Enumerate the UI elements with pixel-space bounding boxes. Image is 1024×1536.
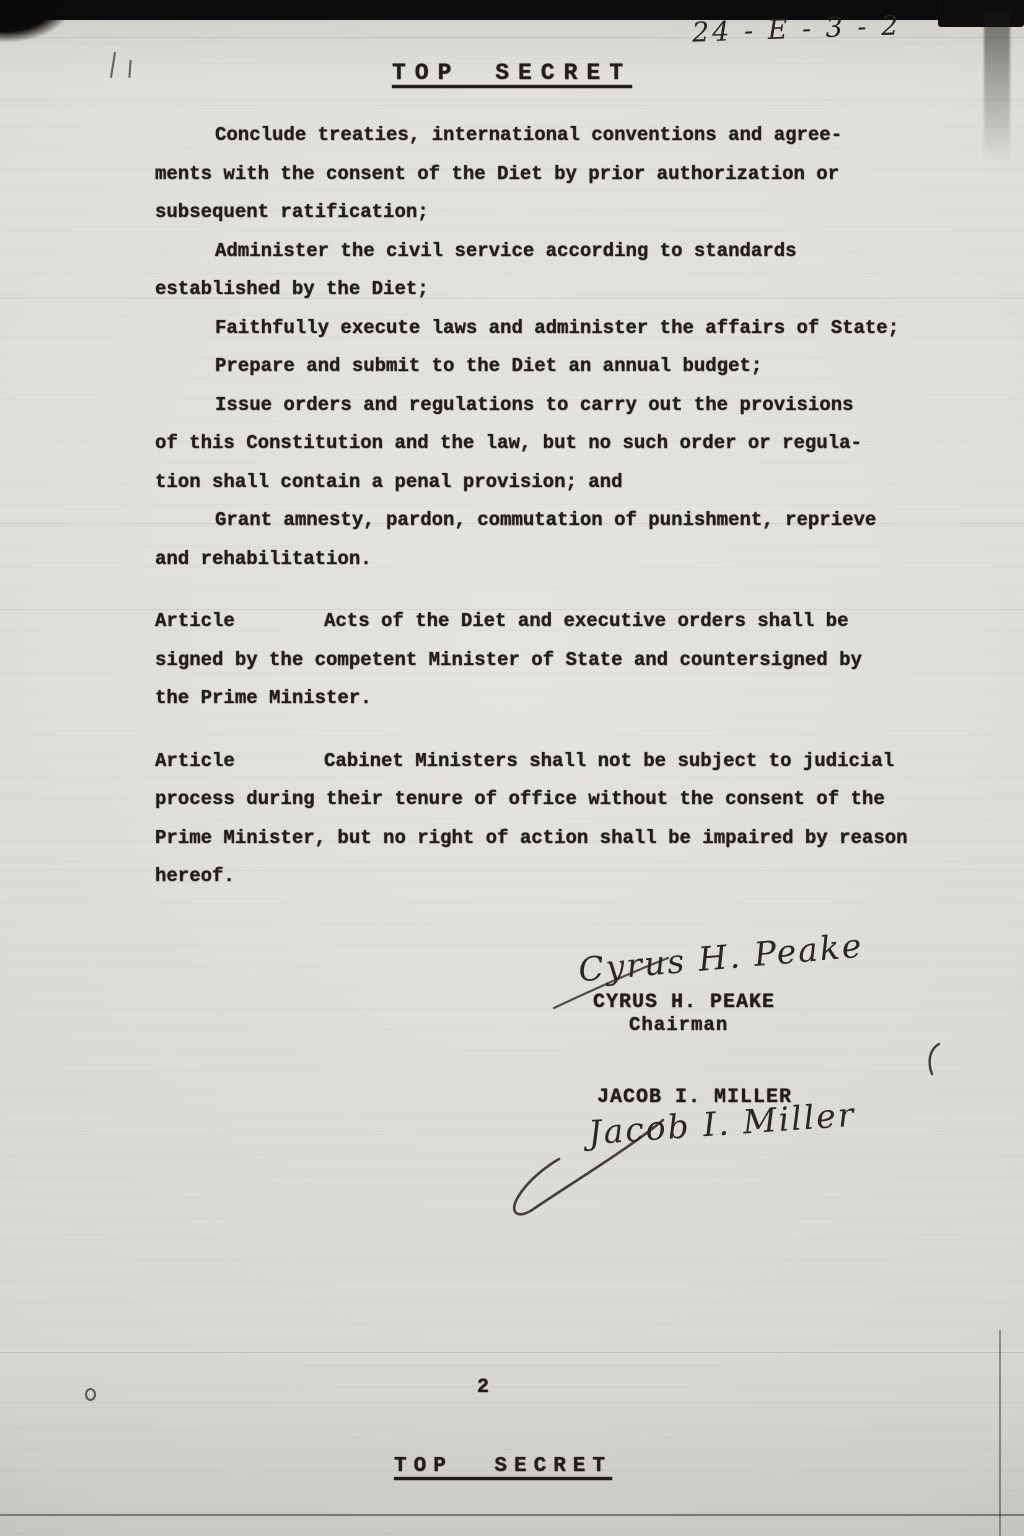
text-line: ments with the consent of the Diet by pr… bbox=[155, 155, 985, 194]
text-line: hereof. bbox=[155, 857, 985, 896]
scan-streak bbox=[0, 1402, 1024, 1403]
title-chairman: Chairman bbox=[629, 1014, 728, 1036]
scan-bottom-edge bbox=[0, 1514, 1024, 1516]
scan-right-shadow bbox=[984, 12, 1010, 162]
text-line: Conclude treaties, international convent… bbox=[155, 116, 985, 155]
text-line: Prepare and submit to the Diet an annual… bbox=[155, 347, 985, 386]
article-paragraph: ArticleActs of the Diet and executive or… bbox=[155, 602, 985, 718]
article-paragraph: ArticleCabinet Ministers shall not be su… bbox=[155, 742, 985, 896]
article-text: Cabinet Ministers shall not be subject t… bbox=[324, 750, 894, 772]
page-number: 2 bbox=[0, 1376, 966, 1399]
handwritten-reference: 24 - E - 3 - 2 bbox=[692, 10, 902, 48]
scanned-document-page: 24 - E - 3 - 2 TOP SECRET Conclude treat… bbox=[0, 0, 1024, 1536]
article-label: Article bbox=[155, 742, 324, 781]
text-line: the Prime Minister. bbox=[155, 679, 985, 718]
signature-cyrus-peake: Cyrus H. Peake bbox=[577, 926, 865, 990]
paragraph: Faithfully execute laws and administer t… bbox=[155, 309, 985, 348]
text-line: Issue orders and regulations to carry ou… bbox=[155, 386, 985, 425]
text-line: Grant amnesty, pardon, commutation of pu… bbox=[155, 501, 985, 540]
classification-banner-top: TOP SECRET bbox=[0, 60, 1024, 86]
text-line: and rehabilitation. bbox=[155, 540, 985, 579]
text-line: ArticleCabinet Ministers shall not be su… bbox=[155, 742, 985, 781]
scan-streak bbox=[0, 1352, 1024, 1353]
text-line: Administer the civil service according t… bbox=[155, 232, 985, 271]
article-text: Acts of the Diet and executive orders sh… bbox=[324, 610, 849, 632]
text-line: established by the Diet; bbox=[155, 270, 985, 309]
scan-top-edge-right bbox=[938, 0, 1024, 27]
paragraph: Grant amnesty, pardon, commutation of pu… bbox=[155, 501, 985, 578]
text-line: process during their tenure of office wi… bbox=[155, 780, 985, 819]
paragraph: Issue orders and regulations to carry ou… bbox=[155, 386, 985, 502]
text-line: of this Constitution and the law, but no… bbox=[155, 424, 985, 463]
scan-streak bbox=[0, 99, 1024, 100]
paragraph: Administer the civil service according t… bbox=[155, 232, 985, 309]
stray-pen-mark bbox=[920, 1040, 946, 1078]
scan-right-edge bbox=[999, 1330, 1001, 1536]
text-line: subsequent ratification; bbox=[155, 193, 985, 232]
text-line: tion shall contain a penal provision; an… bbox=[155, 463, 985, 502]
typed-name-cyrus-peake: CYRUS H. PEAKE bbox=[593, 991, 775, 1014]
text-line: signed by the competent Minister of Stat… bbox=[155, 641, 985, 680]
text-line: ArticleActs of the Diet and executive or… bbox=[155, 602, 985, 641]
scan-corner-shadow bbox=[0, 0, 72, 42]
text-line: Prime Minister, but no right of action s… bbox=[155, 819, 985, 858]
text-line: Faithfully execute laws and administer t… bbox=[155, 309, 985, 348]
paragraph: Prepare and submit to the Diet an annual… bbox=[155, 347, 985, 386]
paragraph: Conclude treaties, international convent… bbox=[155, 116, 985, 232]
document-body: Conclude treaties, international convent… bbox=[155, 116, 985, 896]
article-label: Article bbox=[155, 602, 324, 641]
classification-banner-bottom: TOP SECRET bbox=[0, 1455, 1006, 1478]
